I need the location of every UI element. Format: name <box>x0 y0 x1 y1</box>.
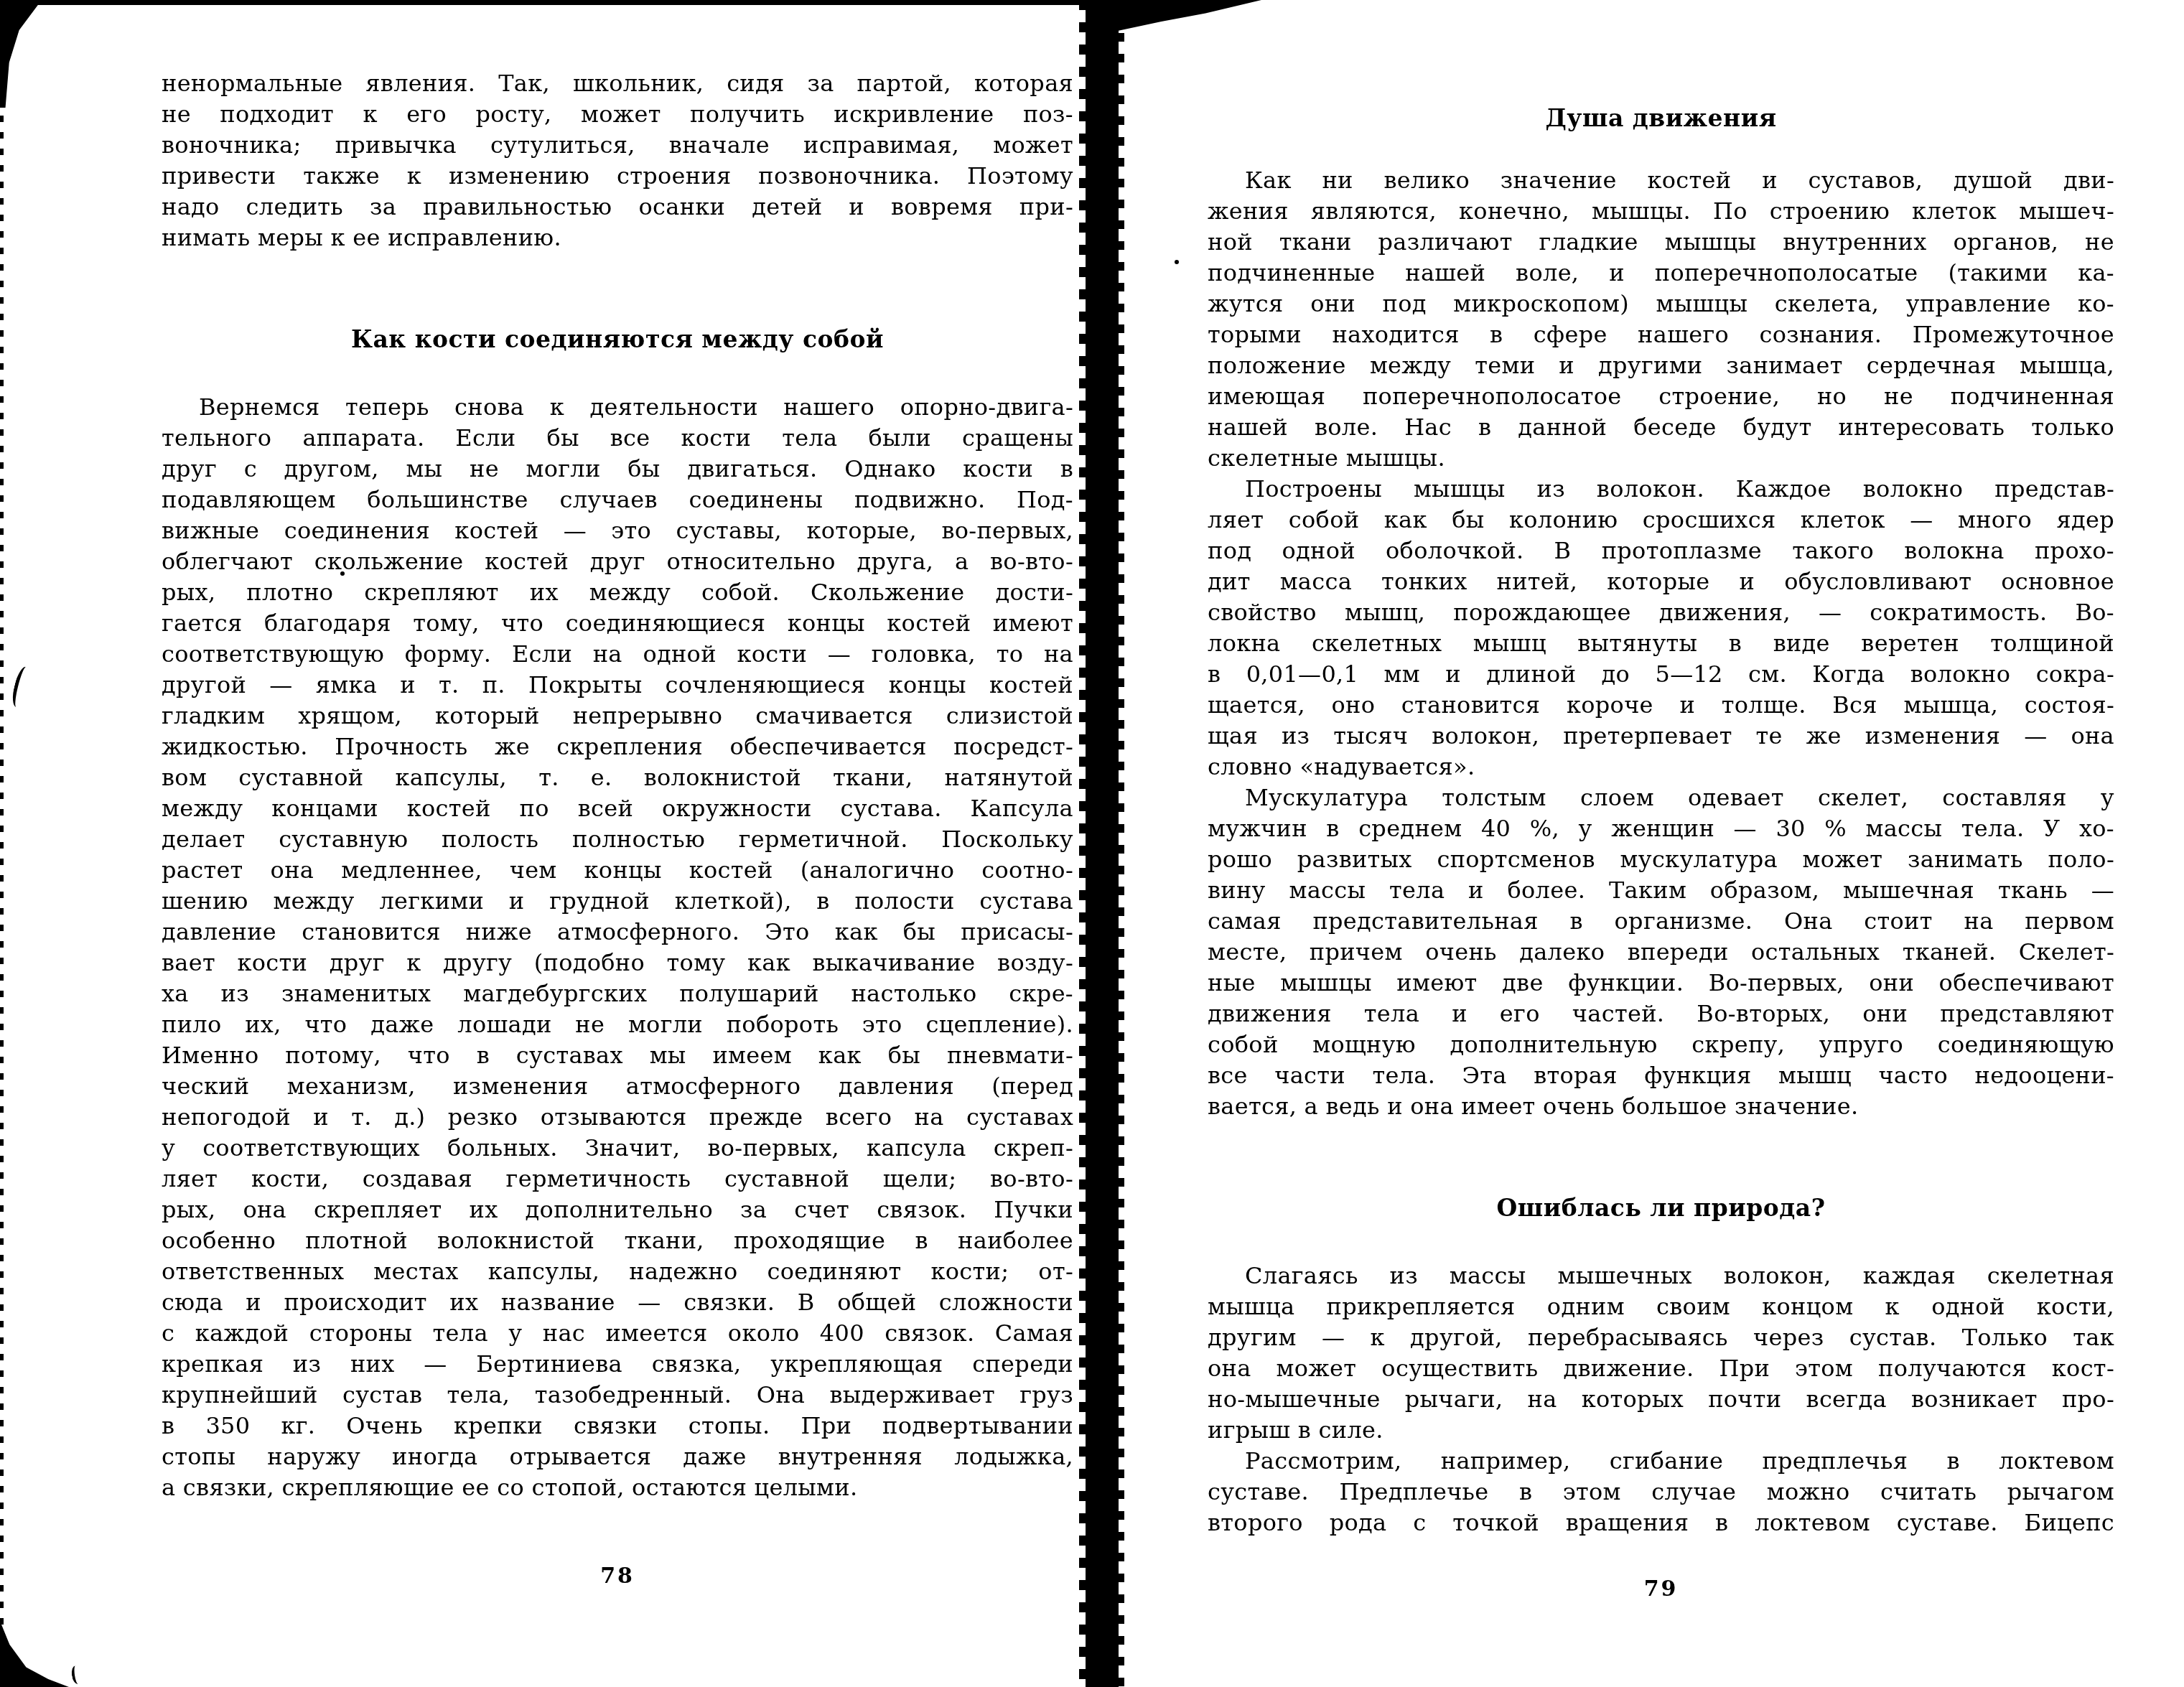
text-line: другим — к другой, перебрасываясь через … <box>1208 1322 2114 1353</box>
text-line: вижные соединения костей — это суставы, … <box>162 515 1073 546</box>
paragraph: Вернемся теперь снова к деятельности наш… <box>162 392 1073 1503</box>
left-page: ненормальные явления. Так, школьник, сид… <box>162 68 1073 1503</box>
text-line: нашей воле. Нас в данной беседе будут ин… <box>1208 412 2114 443</box>
text-line: Слагаясь из массы мышечных волокон, кажд… <box>1208 1261 2114 1291</box>
text-line: дит масса тонких нитей, которые и обусло… <box>1208 566 2114 597</box>
paragraph: Слагаясь из массы мышечных волокон, кажд… <box>1208 1261 2114 1446</box>
text-line: Мускулатура толстым слоем одевает скелет… <box>1208 782 2114 813</box>
text-line: надо следить за правильностью осанки дет… <box>162 192 1073 223</box>
scan-corner-bottom-left <box>0 1621 69 1687</box>
text-line: движения тела и его частей. Во-вторых, о… <box>1208 999 2114 1029</box>
page-number: 79 <box>1208 1576 2114 1602</box>
text-line: жения являются, конечно, мышцы. По строе… <box>1208 196 2114 227</box>
text-line: ляет собой как бы колонию сросшихся клет… <box>1208 505 2114 536</box>
text-line: не подходит к его росту, может получить … <box>162 99 1073 130</box>
text-line: вину массы тела и более. Таким образом, … <box>1208 875 2114 906</box>
text-line: вается, а ведь и она имеет очень большое… <box>1208 1091 2114 1122</box>
paragraph: Рассмотрим, например, сгибание предплечь… <box>1208 1446 2114 1538</box>
text-line: собой мощную дополнительную скрепу, упру… <box>1208 1029 2114 1060</box>
text-line: рошо развитых спортсменов мускулатура мо… <box>1208 844 2114 875</box>
text-line: мышца прикрепляется одним своим концом к… <box>1208 1291 2114 1322</box>
text-line: ческий механизм, изменения атмосферного … <box>162 1071 1073 1102</box>
scan-left-edge-shadow <box>0 0 4 1687</box>
section-heading: Душа движения <box>1208 103 2114 134</box>
text-line: Именно потому, что в суставах мы имеем к… <box>162 1040 1073 1071</box>
text-line: давление становится ниже атмосферного. Э… <box>162 917 1073 948</box>
text-line: свойство мышц, порождающее движения, — с… <box>1208 597 2114 628</box>
text-line: ные мышцы имеют две функции. Во-первых, … <box>1208 968 2114 999</box>
text-line: ха из знаменитых магдебургских полушарий… <box>162 978 1073 1009</box>
text-line: Построены мышцы из волокон. Каждое волок… <box>1208 474 2114 505</box>
text-line: между концами костей по всей окружности … <box>162 793 1073 824</box>
text-line: с каждой стороны тела у нас имеется окол… <box>162 1318 1073 1349</box>
text-line: Рассмотрим, например, сгибание предплечь… <box>1208 1446 2114 1477</box>
text-line: но-мышечные рычаги, на которых почти все… <box>1208 1384 2114 1415</box>
text-line: она может осуществить движение. При этом… <box>1208 1353 2114 1384</box>
paragraph: Как ни велико значение костей и суставов… <box>1208 165 2114 474</box>
text-line: мужчин в среднем 40 %, у женщин — 30 % м… <box>1208 813 2114 844</box>
scan-gutter-shadow <box>1086 0 1119 1687</box>
text-line: локна скелетных мышц вытянуты в виде вер… <box>1208 628 2114 659</box>
text-line: непогодой и т. д.) резко отзываются преж… <box>162 1102 1073 1133</box>
text-line: жидкостью. Прочность же скрепления обесп… <box>162 732 1073 762</box>
page-number: 78 <box>162 1564 1073 1589</box>
text-line: у соответствующих больных. Значит, во-пе… <box>162 1133 1073 1164</box>
paragraph: Мускулатура толстым слоем одевает скелет… <box>1208 782 2114 1122</box>
text-line: подчиненные нашей воле, и поперечнополос… <box>1208 258 2114 289</box>
text-line: в 350 кг. Очень крепки связки стопы. При… <box>162 1411 1073 1441</box>
text-line: месте, причем очень далеко впереди остал… <box>1208 937 2114 968</box>
scan-mark-tick <box>70 1665 83 1685</box>
text-line: имеющая поперечнополосатое строение, но … <box>1208 381 2114 412</box>
text-line: пило их, что даже лошади не могли поборо… <box>162 1009 1073 1040</box>
text-line: рых, она скрепляет их дополнительно за с… <box>162 1195 1073 1225</box>
text-line: стопы наружу иногда отрывается даже внут… <box>162 1441 1073 1472</box>
scan-mark-slash <box>9 665 32 709</box>
text-line: облегчают скольжение костей друг относит… <box>162 546 1073 577</box>
paragraph: Построены мышцы из волокон. Каждое волок… <box>1208 474 2114 782</box>
text-line: Вернемся теперь снова к деятельности наш… <box>162 392 1073 423</box>
section-heading: Как кости соединяются между собой <box>162 324 1073 355</box>
right-page: Душа движенияКак ни велико значение кост… <box>1208 103 2114 1538</box>
book-spread-scan: ненормальные явления. Так, школьник, сид… <box>0 0 2184 1687</box>
text-line: торыми находится в сфере нашего сознания… <box>1208 319 2114 350</box>
text-line: гладким хрящом, который непрерывно смачи… <box>162 701 1073 732</box>
text-line: а связки, скрепляющие ее со стопой, оста… <box>162 1472 1073 1503</box>
scan-corner-top-left <box>0 0 42 108</box>
text-line: под одной оболочкой. В протоплазме таког… <box>1208 536 2114 566</box>
scan-top-edge-line <box>0 0 1121 5</box>
text-line: ненормальные явления. Так, школьник, сид… <box>162 68 1073 99</box>
text-line: жутся они под микроскопом) мышцы скелета… <box>1208 289 2114 319</box>
text-line: суставе. Предплечье в этом случае можно … <box>1208 1477 2114 1508</box>
text-line: словно «надувается». <box>1208 752 2114 782</box>
text-line: второго рода с точкой вращения в локтево… <box>1208 1508 2114 1538</box>
text-line: положение между теми и другими занимает … <box>1208 350 2114 381</box>
text-line: нимать меры к ее исправлению. <box>162 223 1073 253</box>
scan-gutter-top-wedge <box>1114 0 1261 32</box>
text-line: ответственных местах капсулы, надежно со… <box>162 1256 1073 1287</box>
text-line: особенно плотной волокнистой ткани, прох… <box>162 1225 1073 1256</box>
text-line: крупнейший сустав тела, тазобедренный. О… <box>162 1380 1073 1411</box>
text-line: ляет кости, создавая герметичность суста… <box>162 1164 1073 1195</box>
text-line: воночника; привычка сутулиться, вначале … <box>162 130 1073 161</box>
text-line: тельного аппарата. Если бы все кости тел… <box>162 423 1073 454</box>
paragraph: ненормальные явления. Так, школьник, сид… <box>162 68 1073 253</box>
text-line: самая представительная в организме. Она … <box>1208 906 2114 937</box>
text-line: привести также к изменению строения позв… <box>162 161 1073 192</box>
text-line: вом суставной капсулы, т. е. волокнистой… <box>162 762 1073 793</box>
text-line: крепкая из них — Бертиниева связка, укре… <box>162 1349 1073 1380</box>
scan-speck <box>1175 260 1179 264</box>
text-line: другой — ямка и т. п. Покрыты сочленяющи… <box>162 670 1073 701</box>
text-line: делает суставную полость полностью герме… <box>162 824 1073 855</box>
text-line: вает кости друг к другу (подобно тому ка… <box>162 948 1073 978</box>
text-line: растет она медленнее, чем концы костей (… <box>162 855 1073 886</box>
text-line: игрыш в силе. <box>1208 1415 2114 1446</box>
text-line: шению между легкими и грудной клеткой), … <box>162 886 1073 917</box>
text-line: подавляющем большинстве случаев соединен… <box>162 485 1073 515</box>
text-line: щается, оно становится короче и толще. В… <box>1208 690 2114 721</box>
text-line: гается благодаря тому, что соединяющиеся… <box>162 608 1073 639</box>
text-line: все части тела. Эта вторая функция мышц … <box>1208 1060 2114 1091</box>
text-line: соответствующую форму. Если на одной кос… <box>162 639 1073 670</box>
text-line: скелетные мышцы. <box>1208 443 2114 474</box>
text-line: друг с другом, мы не могли бы двигаться.… <box>162 454 1073 485</box>
text-line: рых, плотно скрепляют их между собой. Ск… <box>162 577 1073 608</box>
text-line: сюда и происходит их название — связки. … <box>162 1287 1073 1318</box>
text-line: в 0,01—0,1 мм и длиной до 5—12 см. Когда… <box>1208 659 2114 690</box>
text-line: Как ни велико значение костей и суставов… <box>1208 165 2114 196</box>
text-line: щая из тысяч волокон, претерпевает те же… <box>1208 721 2114 752</box>
text-line: ной ткани различают гладкие мышцы внутре… <box>1208 227 2114 258</box>
section-heading: Ошиблась ли природа? <box>1208 1192 2114 1223</box>
